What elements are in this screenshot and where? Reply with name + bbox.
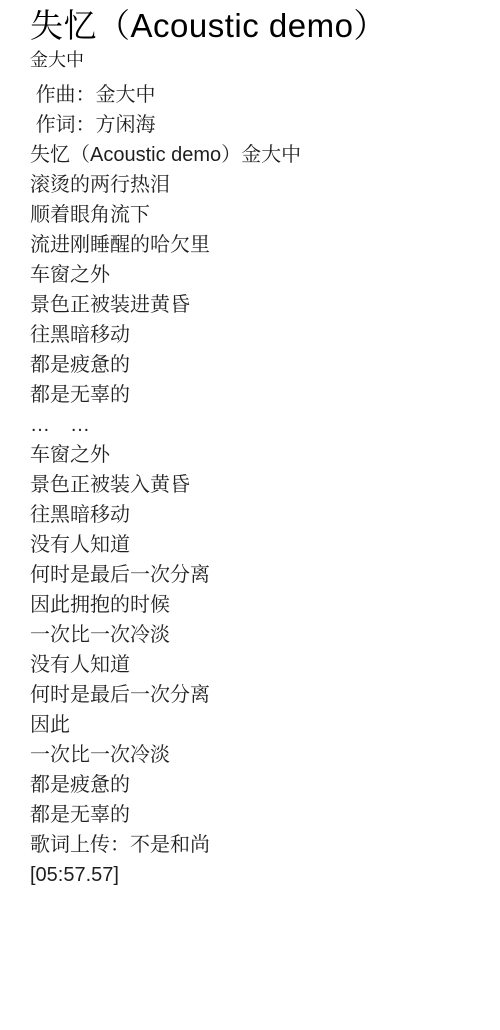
lyric-line: 顺着眼角流下 — [30, 200, 480, 230]
lyric-line: 没有人知道 — [30, 650, 480, 680]
lyric-line: 往黑暗移动 — [30, 500, 480, 530]
lyric-line: 何时是最后一次分离 — [30, 680, 480, 710]
lyric-line: 往黑暗移动 — [30, 320, 480, 350]
lyric-line: 都是疲惫的 — [30, 350, 480, 380]
lyric-line: 因此拥抱的时候 — [30, 590, 480, 620]
lyric-line: 景色正被装进黄昏 — [30, 290, 480, 320]
lyric-line: 何时是最后一次分离 — [30, 560, 480, 590]
lyric-line: [05:57.57] — [30, 860, 480, 890]
lyric-line: 都是无辜的 — [30, 800, 480, 830]
lyric-line: 都是疲惫的 — [30, 770, 480, 800]
lyric-line: 车窗之外 — [30, 440, 480, 470]
lyric-line: 歌词上传：不是和尚 — [30, 830, 480, 860]
lyric-line: 滚烫的两行热泪 — [30, 170, 480, 200]
lyric-line: 没有人知道 — [30, 530, 480, 560]
lyric-line: 因此 — [30, 710, 480, 740]
lyric-line: 一次比一次冷淡 — [30, 620, 480, 650]
lyric-line: 作曲：金大中 — [30, 80, 480, 110]
artist-name: 金大中 — [30, 47, 480, 73]
song-title: 失忆（Acoustic demo） — [30, 0, 480, 47]
lyric-line: 流进刚睡醒的哈欠里 — [30, 230, 480, 260]
lyric-line: 作词：方闲海 — [30, 110, 480, 140]
lyric-line: 车窗之外 — [30, 260, 480, 290]
lyric-line: 失忆（Acoustic demo）金大中 — [30, 140, 480, 170]
lyrics-list: 作曲：金大中 作词：方闲海失忆（Acoustic demo）金大中滚烫的两行热泪… — [30, 80, 480, 890]
lyric-line: 景色正被装入黄昏 — [30, 470, 480, 500]
lyric-line: … … — [30, 410, 480, 440]
lyric-line: 都是无辜的 — [30, 380, 480, 410]
lyric-line: 一次比一次冷淡 — [30, 740, 480, 770]
lyrics-page: 失忆（Acoustic demo） 金大中 作曲：金大中 作词：方闲海失忆（Ac… — [0, 0, 500, 1030]
